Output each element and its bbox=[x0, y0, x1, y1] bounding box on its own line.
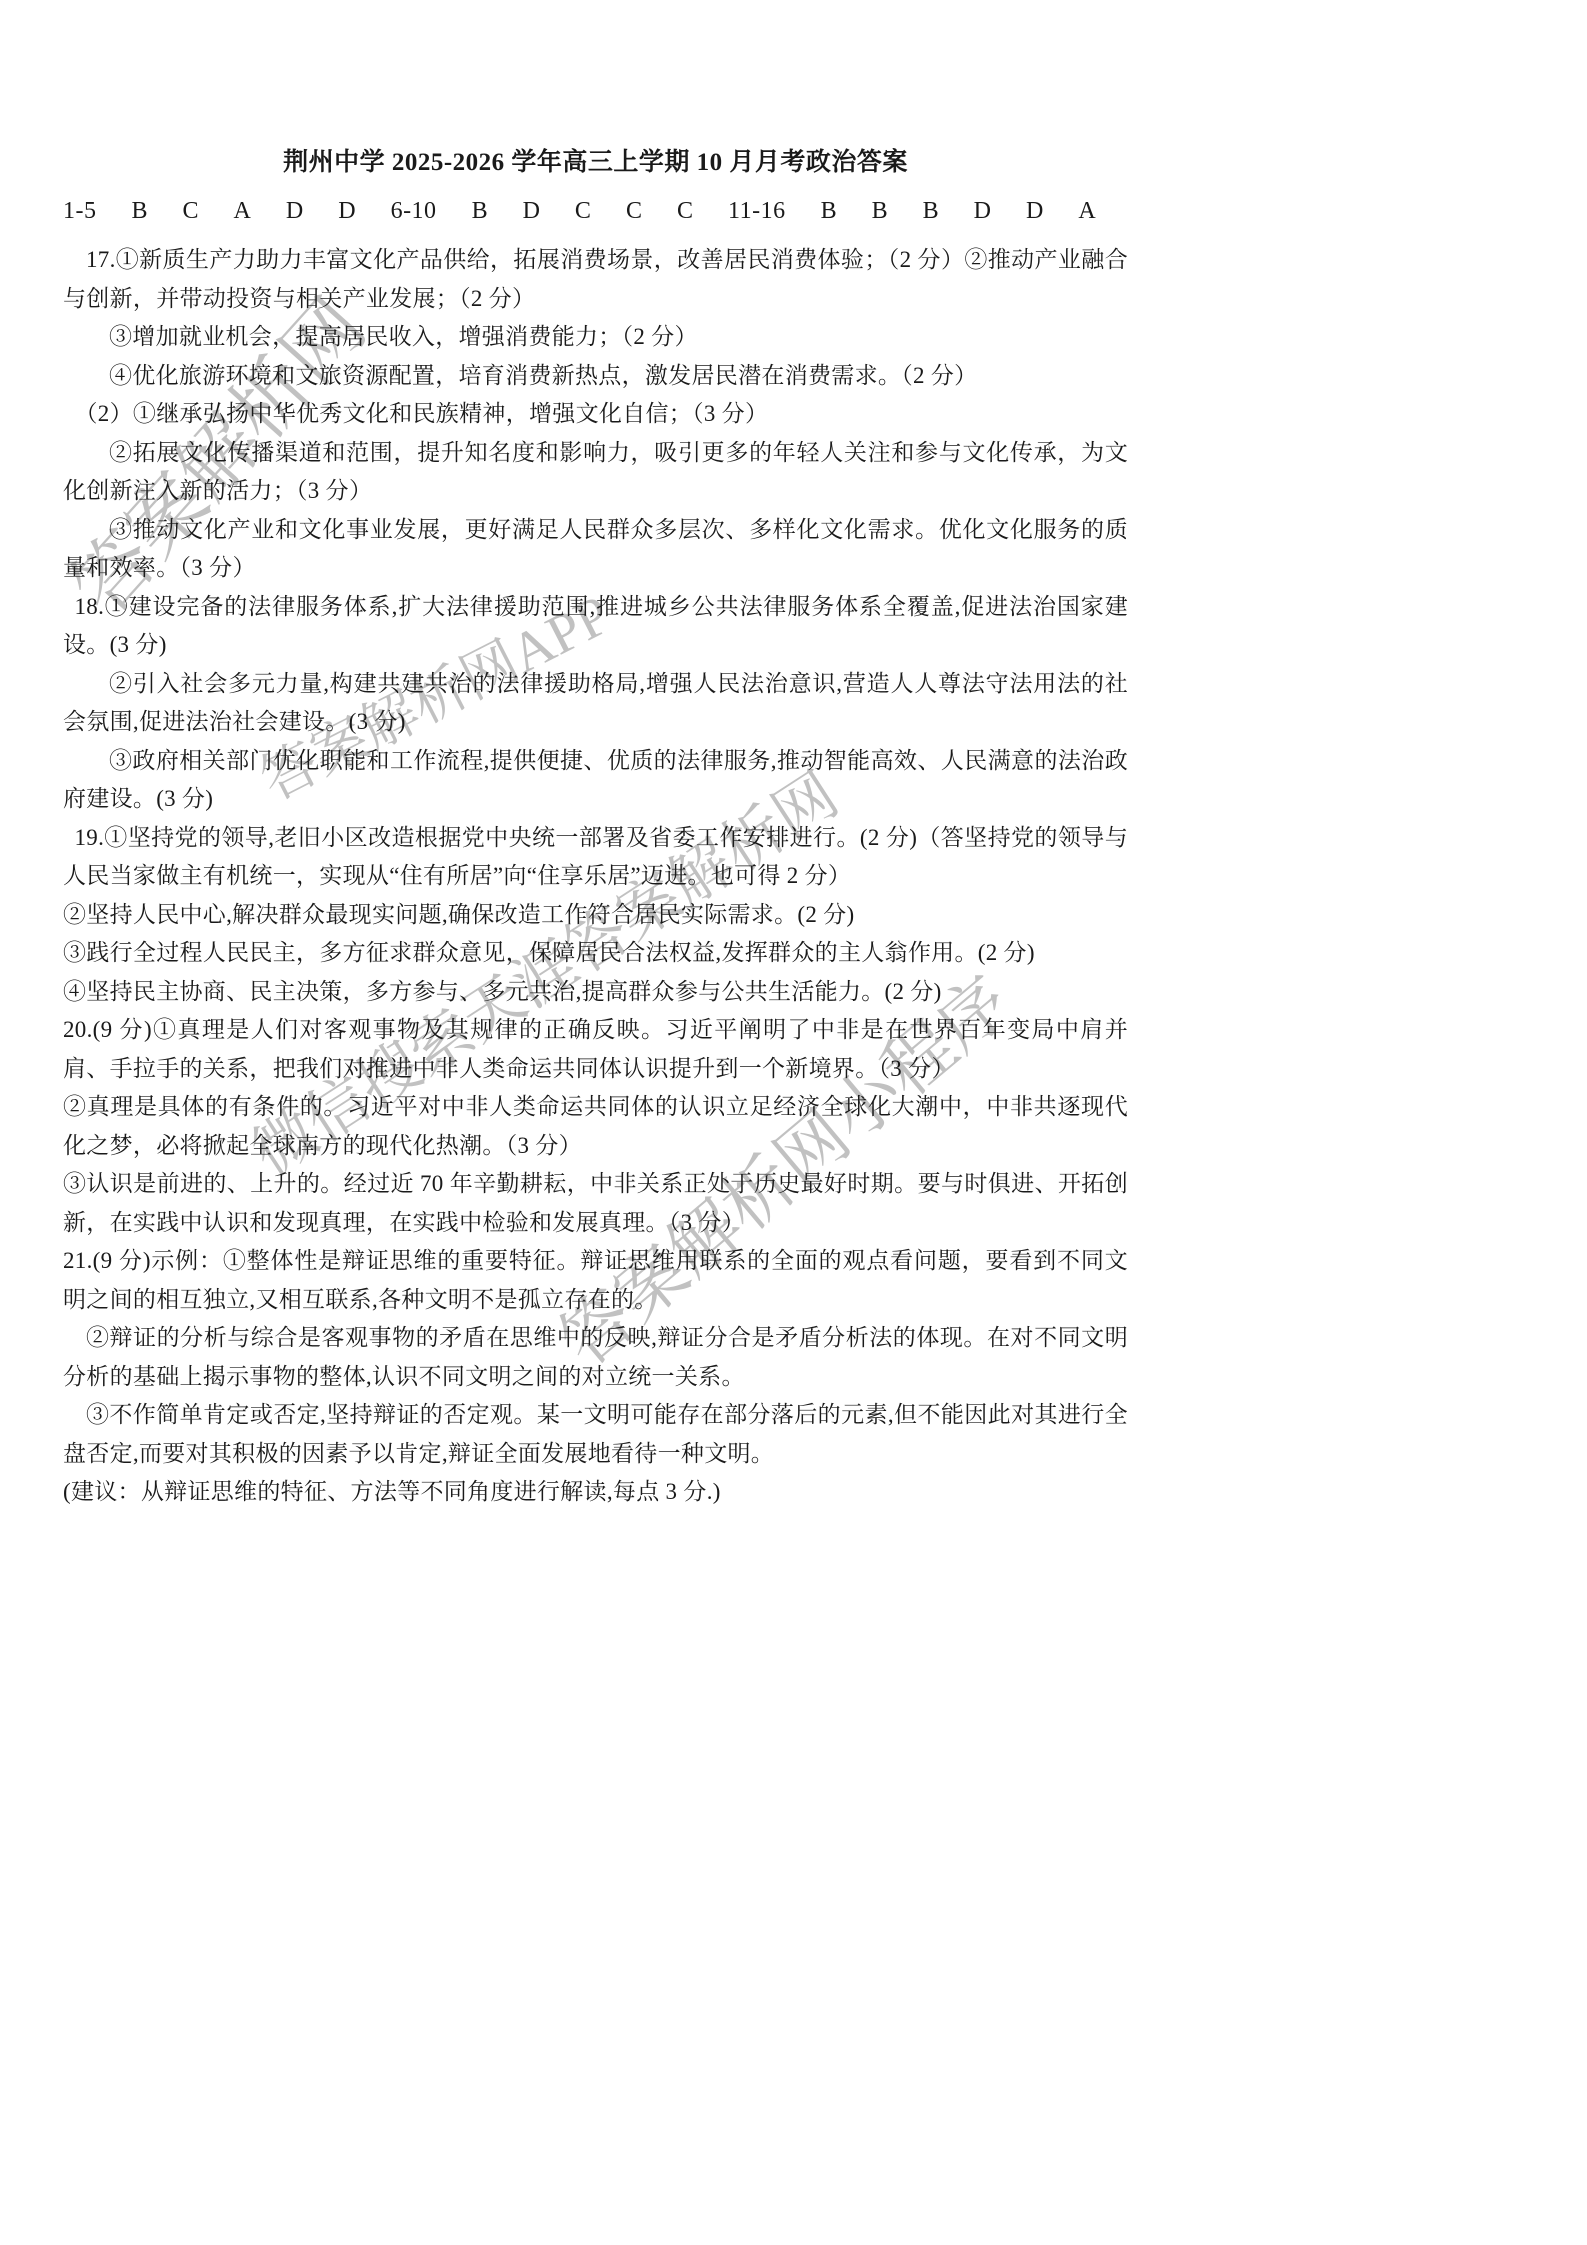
answer-letter: B bbox=[472, 198, 488, 225]
answer-letter: D bbox=[286, 198, 303, 225]
answer-range-label: 1-5 bbox=[63, 198, 97, 225]
q18-p3: ③政府相关部门优化职能和工作流程,提供便捷、优质的法律服务,推动智能高效、人民满… bbox=[63, 742, 1128, 819]
answer-range-label: 11-16 bbox=[728, 198, 786, 225]
answer-letter: D bbox=[338, 198, 355, 225]
q18-p2: ②引入社会多元力量,构建共建共治的法律援助格局,增强人民法治意识,营造人人尊法守… bbox=[63, 665, 1128, 742]
q17-p4: （2）①继承弘扬中华优秀文化和民族精神，增强文化自信；（3 分） bbox=[63, 395, 1128, 434]
answer-key-row: 1-5 B C A D D 6-10 B D C C C 11-16 B B B… bbox=[63, 198, 1153, 225]
document-title: 荆州中学 2025-2026 学年高三上学期 10 月月考政治答案 bbox=[63, 142, 1128, 178]
q21-p4: (建议：从辩证思维的特征、方法等不同角度进行解读,每点 3 分.) bbox=[63, 1473, 1128, 1512]
q20-p1: 20.(9 分)①真理是人们对客观事物及其规律的正确反映。习近平阐明了中非是在世… bbox=[63, 1011, 1128, 1088]
document-page: 答案解析网 答案解析网 答案解析网APP 微信搜索天涯答案解析网 答案解析网小程… bbox=[0, 0, 1587, 2245]
q19-p4: ④坚持民主协商、民主决策，多方参与、多元共治,提高群众参与公共生活能力。(2 分… bbox=[63, 973, 1128, 1012]
q19-p3: ③践行全过程人民民主，多方征求群众意见，保障居民合法权益,发挥群众的主人翁作用。… bbox=[63, 934, 1128, 973]
answer-letter: C bbox=[575, 198, 591, 225]
q21-p2: ②辩证的分析与综合是客观事物的矛盾在思维中的反映,辩证分合是矛盾分析法的体现。在… bbox=[63, 1319, 1128, 1396]
q21-p3: ③不作简单肯定或否定,坚持辩证的否定观。某一文明可能存在部分落后的元素,但不能因… bbox=[63, 1396, 1128, 1473]
answer-range-label: 6-10 bbox=[391, 198, 437, 225]
q17-p2: ③增加就业机会，提高居民收入，增强消费能力；（2 分） bbox=[63, 318, 1128, 357]
q17-p1: 17.①新质生产力助力丰富文化产品供给，拓展消费场景，改善居民消费体验；（2 分… bbox=[63, 241, 1128, 318]
document-content: 荆州中学 2025-2026 学年高三上学期 10 月月考政治答案 1-5 B … bbox=[0, 0, 1128, 1512]
q20-p2: ②真理是具体的有条件的。习近平对中非人类命运共同体的认识立足经济全球化大潮中，中… bbox=[63, 1088, 1128, 1165]
q18-p1: 18.①建设完备的法律服务体系,扩大法律援助范围,推进城乡公共法律服务体系全覆盖… bbox=[63, 588, 1128, 665]
answer-letter: B bbox=[872, 198, 888, 225]
q17-p6: ③推动文化产业和文化事业发展，更好满足人民群众多层次、多样化文化需求。优化文化服… bbox=[63, 511, 1128, 588]
answer-letter: B bbox=[132, 198, 148, 225]
q17-p5: ②拓展文化传播渠道和范围，提升知名度和影响力，吸引更多的年轻人关注和参与文化传承… bbox=[63, 434, 1128, 511]
answer-letter: A bbox=[234, 198, 251, 225]
answer-letter: B bbox=[821, 198, 837, 225]
answer-letter: D bbox=[974, 198, 991, 225]
q17-p3: ④优化旅游环境和文旅资源配置，培育消费新热点，激发居民潜在消费需求。（2 分） bbox=[63, 357, 1128, 396]
answer-letter: A bbox=[1078, 198, 1095, 225]
answer-letter: B bbox=[923, 198, 939, 225]
q21-p1: 21.(9 分)示例：①整体性是辩证思维的重要特征。辩证思维用联系的全面的观点看… bbox=[63, 1242, 1128, 1319]
answer-letter: C bbox=[626, 198, 642, 225]
answer-letter: C bbox=[677, 198, 693, 225]
q19-p2: ②坚持人民中心,解决群众最现实问题,确保改造工作符合居民实际需求。(2 分) bbox=[63, 896, 1128, 935]
answer-letter: D bbox=[523, 198, 540, 225]
q20-p3: ③认识是前进的、上升的。经过近 70 年辛勤耕耘，中非关系正处于历史最好时期。要… bbox=[63, 1165, 1128, 1242]
answer-letter: C bbox=[183, 198, 199, 225]
answer-letter: D bbox=[1026, 198, 1043, 225]
q19-p1: 19.①坚持党的领导,老旧小区改造根据党中央统一部署及省委工作安排进行。(2 分… bbox=[63, 819, 1128, 896]
